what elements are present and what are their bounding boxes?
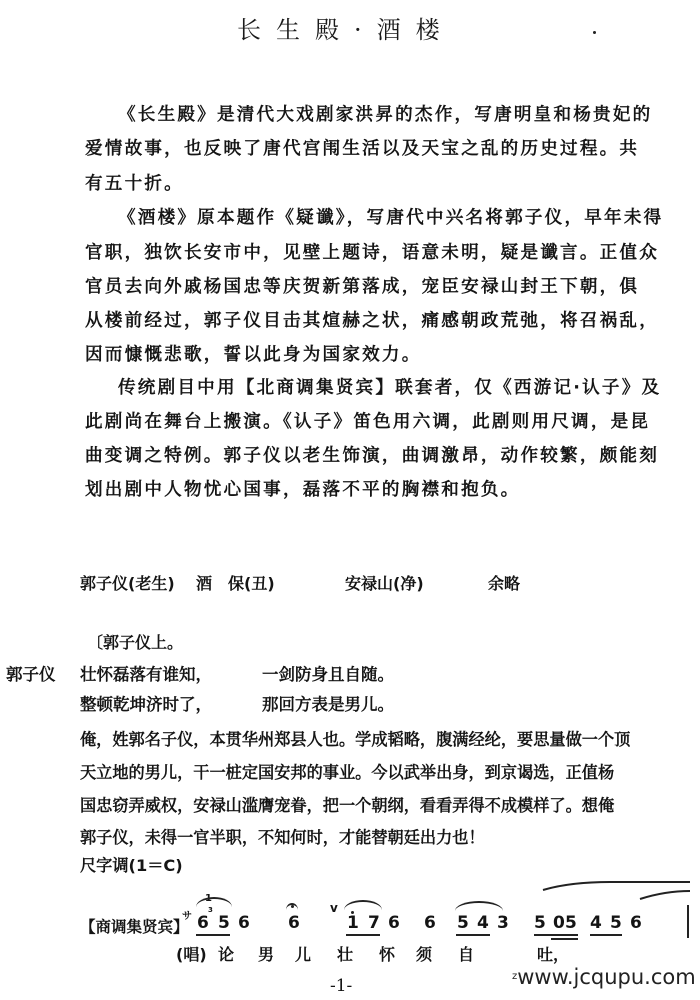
note: 6 — [388, 913, 400, 933]
slur — [196, 897, 232, 907]
lyric-syllable: 论 — [218, 942, 234, 965]
verse-line-2-second: 那回方表是男儿。 — [262, 691, 394, 715]
intro-line: 传统剧目中用【北商调集贤宾】联套者，仅《西游记·认子》及 — [118, 374, 661, 399]
page-number: -1- — [330, 976, 352, 996]
speck-mark — [593, 31, 596, 34]
intro-line: 官职，独饮长安市中，见壁上题诗，语意未明，疑是谶言。正值众 — [85, 239, 659, 264]
intro-line: 有五十折。 — [85, 170, 184, 195]
note: 6 — [288, 913, 300, 933]
page-title: 长生殿·酒楼 — [237, 10, 455, 45]
speaker-name: 郭子仪 — [6, 661, 56, 685]
lyrics-prefix: (唱) — [176, 942, 207, 965]
note: 1 — [347, 913, 359, 933]
lyric-syllable: 自 — [458, 942, 474, 965]
lyric-syllable: 儿 — [295, 942, 311, 965]
slur — [455, 901, 503, 911]
tempo-mark: サ — [182, 907, 192, 922]
intro-line: 官员去向外戚杨国忠等庆贺新第落成，宠臣安禄山封王下朝，俱 — [85, 273, 639, 298]
note: 6 — [424, 913, 436, 933]
lyric-syllable: 怀 — [379, 942, 395, 965]
note: 6 — [238, 913, 250, 933]
intro-line: 因而慷慨悲歌，誓以此身为国家效力。 — [85, 341, 422, 366]
note: 7 — [368, 913, 380, 933]
speech-line-1: 俺，姓郭名子仪，本贯华州郑县人也。学成韬略，腹满经纶，要思量做一个顶 — [80, 726, 630, 750]
breath-mark: v — [330, 901, 338, 915]
verse-line-2-first: 整顿乾坤济时了， — [80, 691, 212, 715]
verse-line-1-first: 壮怀磊落有谁知， — [80, 661, 212, 685]
speech-line-3: 国忠窃弄威权，安禄山滥膺宠眷，把一个朝纲，看看弄得不成模样了。想俺 — [80, 792, 614, 816]
fermata-dot — [291, 905, 294, 908]
lyric-syllable: 男 — [258, 942, 274, 965]
cast-member: 余略 — [488, 571, 520, 594]
intro-line: 《长生殿》是清代大戏剧家洪昇的杰作，写唐明皇和杨贵妃的 — [118, 101, 652, 126]
intro-line: 此剧尚在舞台上搬演。《认子》笛色用六调，此剧则用尺调，是昆 — [85, 408, 650, 433]
cast-member: 安禄山(净) — [345, 571, 424, 594]
lyric-syllable: 须 — [416, 942, 432, 965]
beam-line — [456, 934, 490, 936]
key-signature: 尺字调(1＝C) — [80, 852, 183, 876]
dot-above-icon — [351, 911, 354, 914]
watermark: zwww.jcqupu.com — [512, 965, 696, 989]
intro-line: 曲变调之特例。郭子仪以老生饰演，曲调激昂，动作较繁，颇能刻 — [85, 442, 659, 467]
note: 6 — [197, 913, 209, 933]
intro-line: 爱情故事，也反映了唐代宫闱生活以及天宝之乱的历史过程。共 — [85, 135, 639, 160]
verse-line-1-second: 一剑防身且自随。 — [262, 661, 394, 685]
cast-member: 郭子仪(老生) — [80, 571, 175, 594]
tune-name: 【商调集贤宾】 — [80, 915, 189, 937]
lyric-syllable: 壮 — [337, 942, 353, 965]
lyric-syllable: 吐， — [537, 942, 569, 965]
speech-line-2: 天立地的男儿，干一桩定国安邦的事业。今以武举出身，到京谒选，正值杨 — [80, 759, 614, 783]
beam-line — [196, 934, 230, 936]
slur — [344, 900, 382, 910]
stage-direction: 〔郭子仪上。 — [87, 630, 183, 653]
speech-line-4: 郭子仪，未得一官半职，不知何时，才能替朝廷出力也！ — [80, 824, 485, 848]
beam-line — [346, 934, 380, 936]
note: 5 — [218, 913, 230, 933]
intro-line: 划出剧中人物忧心国事，磊落不平的胸襟和抱负。 — [85, 476, 520, 501]
watermark-url: www.jcqupu.com — [517, 965, 695, 989]
note: 4 — [477, 913, 489, 933]
intro-line: 从楼前经过，郭子仪目击其煊赫之状，痛感朝政荒弛，将召祸乱， — [85, 307, 659, 332]
intro-line: 《酒楼》原本题作《疑谶》，写唐代中兴名将郭子仪，早年未得 — [118, 204, 663, 229]
note: 5 — [457, 913, 469, 933]
cast-member: 酒 保(丑) — [196, 571, 275, 594]
note: 3 — [497, 913, 509, 933]
